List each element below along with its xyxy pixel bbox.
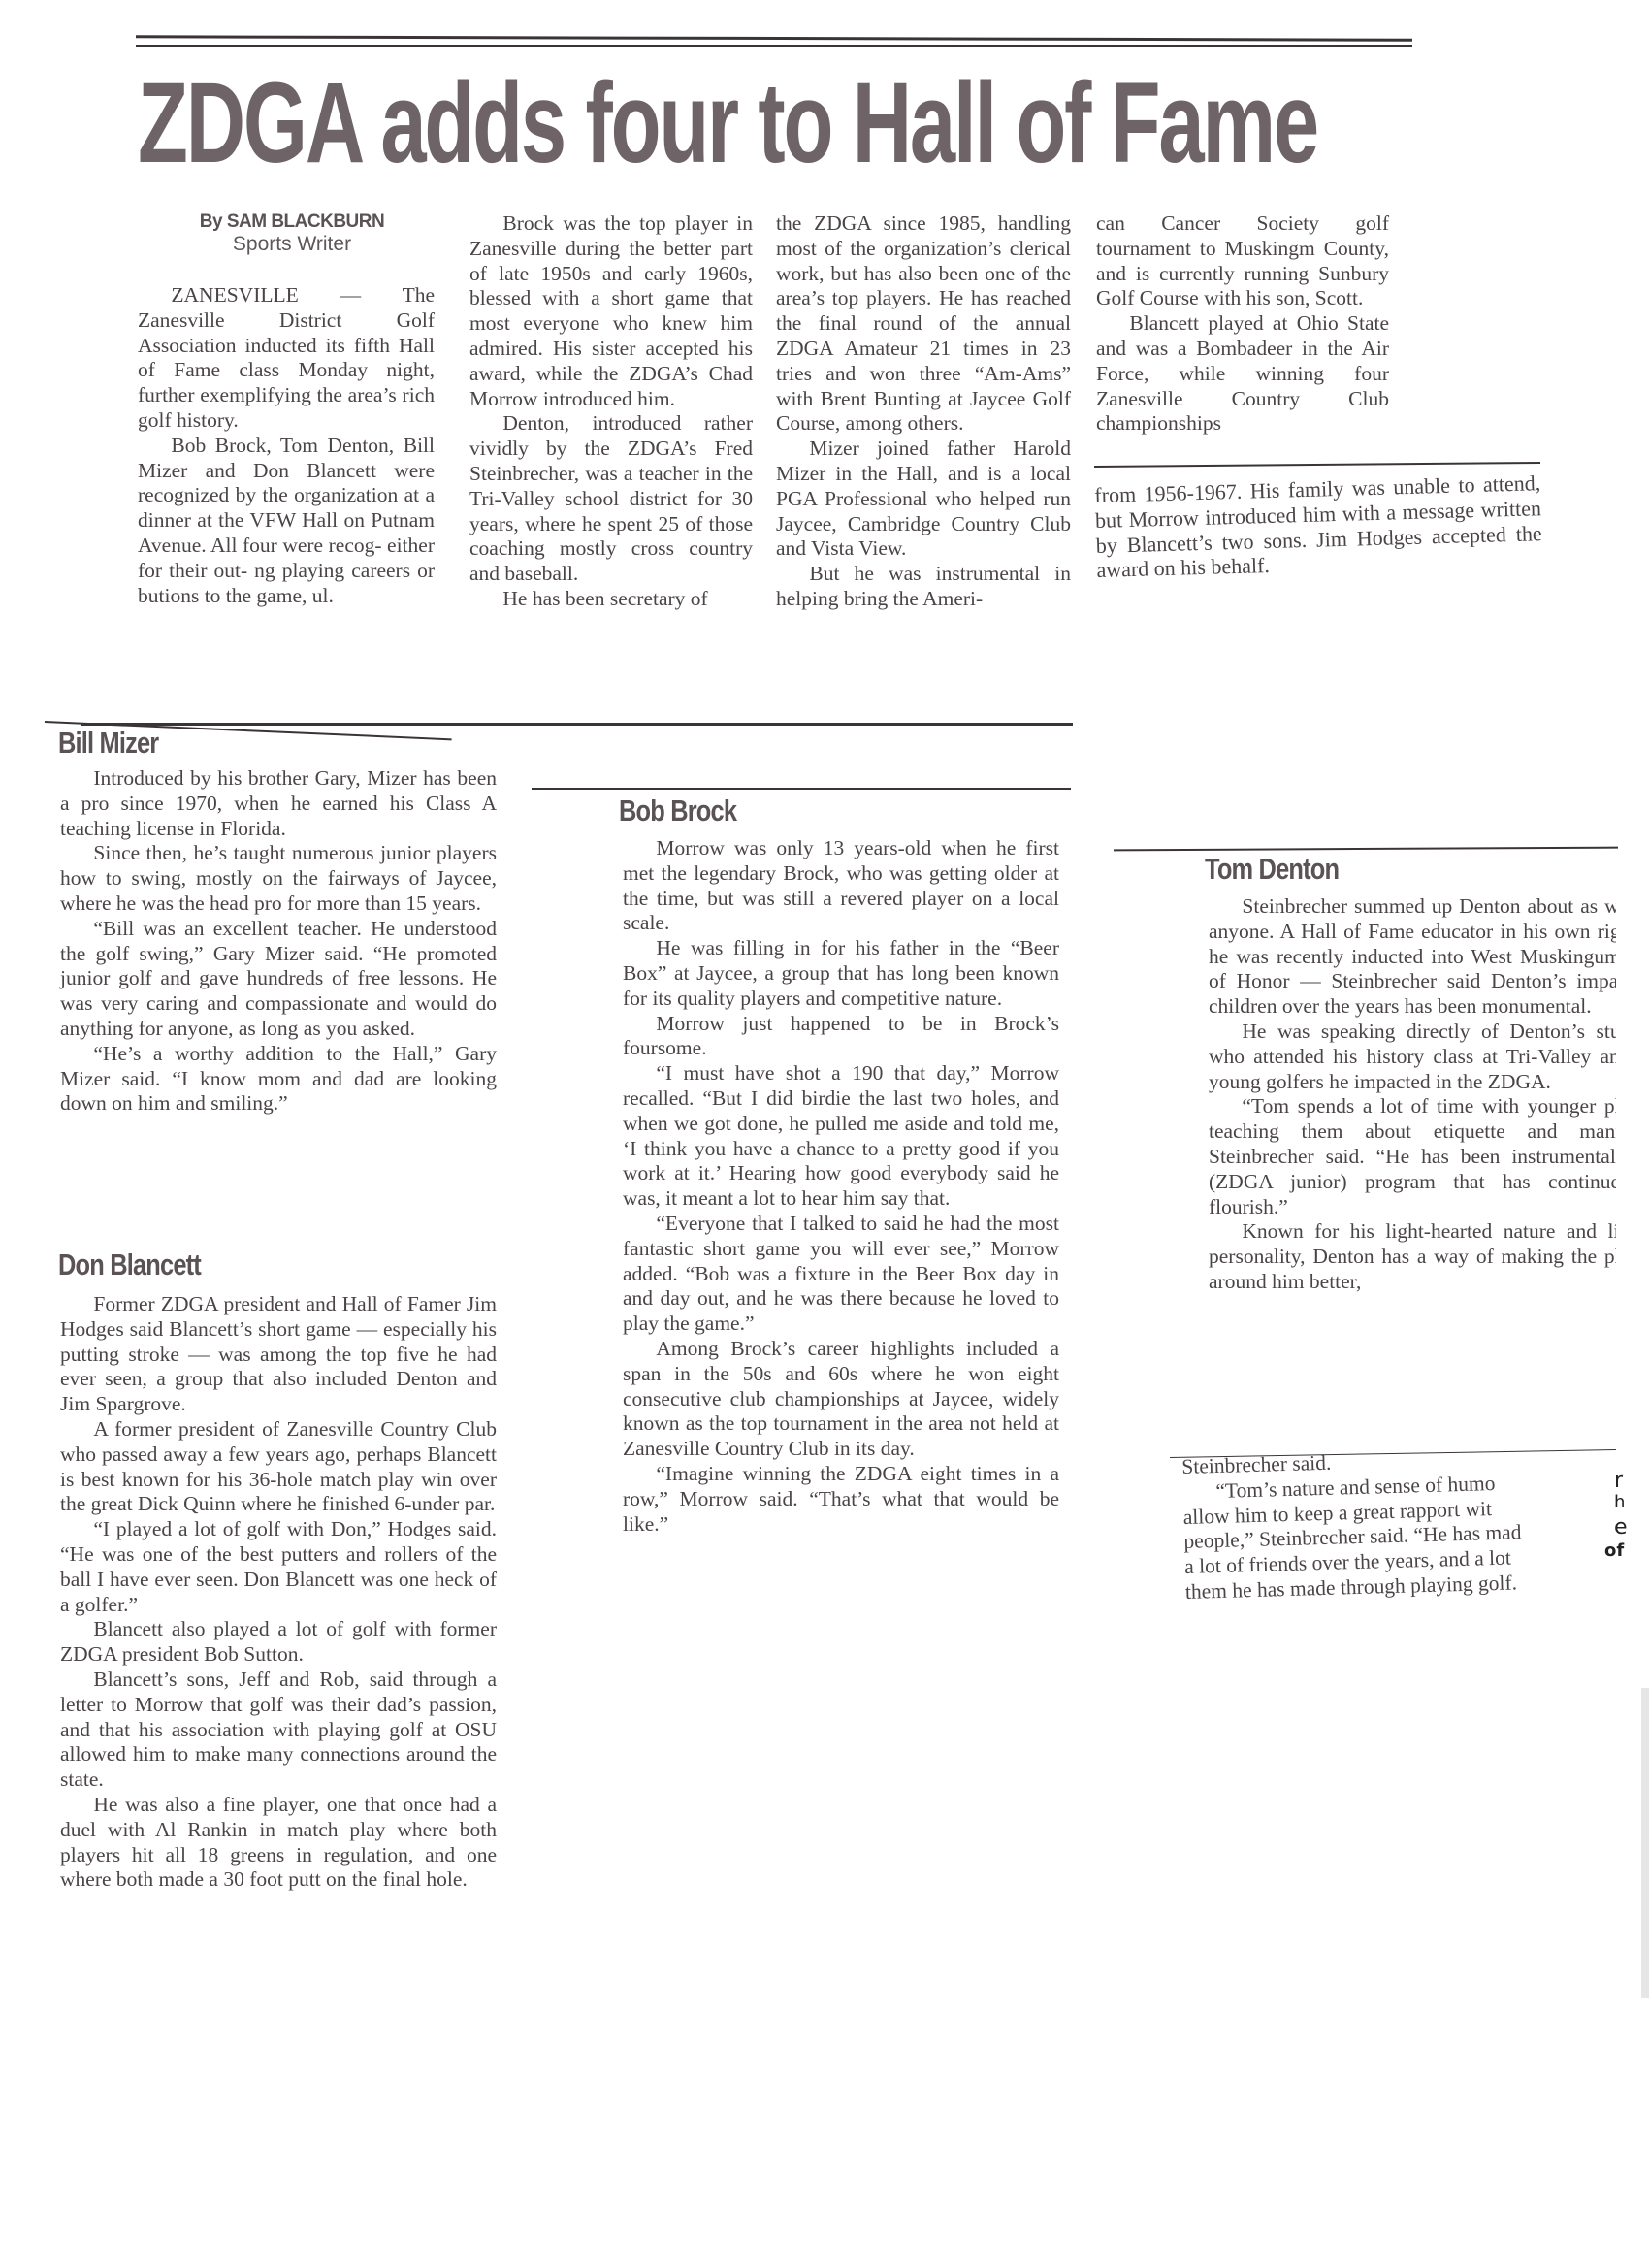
paragraph: Former ZDGA president and Hall of Famer …	[60, 1292, 497, 1417]
paragraph: A former president of Zanesville Country…	[60, 1417, 497, 1517]
paragraph: Among Brock’s career highlights included…	[623, 1337, 1059, 1462]
section-tom-denton-continued: Steinbrecher said. “Tom’s nature and sen…	[1181, 1443, 1593, 1604]
intro-column-2: Brock was the top player in Zanesville d…	[469, 211, 753, 612]
paragraph: Bob Brock, Tom Denton, Bill Mizer and Do…	[138, 434, 435, 609]
author-name: By SAM BLACKBURN	[180, 211, 404, 233]
paragraph: Introduced by his brother Gary, Mizer ha…	[60, 766, 497, 841]
section-bill-mizer: Introduced by his brother Gary, Mizer ha…	[60, 766, 497, 1117]
author-role: Sports Writer	[180, 233, 404, 256]
paragraph: He was filling in for his father in the …	[623, 936, 1059, 1011]
intro-column-3: the ZDGA since 1985, handling most of th…	[776, 211, 1071, 612]
section-title-don-blancett: Don Blancett	[58, 1247, 201, 1282]
handwritten-mark: h	[1614, 1492, 1625, 1512]
paragraph: Since then, he’s taught numerous junior …	[60, 841, 497, 916]
paragraph: Brock was the top player in Zanesville d…	[469, 211, 753, 411]
paragraph: But he was instrumental in helping bring…	[776, 562, 1071, 612]
paragraph: “Tom spends a lot of time with younger p…	[1209, 1094, 1616, 1219]
paragraph: He was speaking directly of Denton’s stu…	[1209, 1020, 1616, 1094]
paragraph: “Everyone that I talked to said he had t…	[623, 1212, 1059, 1337]
paragraph: Steinbrecher summed up Denton about as w…	[1209, 894, 1616, 1020]
section-title-bob-brock: Bob Brock	[619, 794, 736, 828]
paragraph: Blancett played at Ohio State and was a …	[1096, 311, 1389, 437]
paragraph: He was also a fine player, one that once…	[60, 1793, 497, 1893]
paragraph: can Cancer Society golf tournament to Mu…	[1096, 211, 1389, 311]
paragraph: Blancett’s sons, Jeff and Rob, said thro…	[60, 1668, 497, 1793]
paragraph: Morrow just happened to be in Brock’s fo…	[623, 1012, 1059, 1062]
headline: ZDGA adds four to Hall of Fame	[138, 60, 1059, 186]
paragraph: Mizer joined father Harold Mizer in the …	[776, 437, 1071, 562]
intro-column-4: can Cancer Society golf tournament to Mu…	[1096, 211, 1389, 437]
paragraph: “He’s a worthy addition to the Hall,” Ga…	[60, 1042, 497, 1117]
tom-denton-rule	[1114, 847, 1618, 852]
intro-column-1: ZANESVILLE — The Zanesville District Gol…	[138, 283, 435, 608]
paragraph: ZANESVILLE — The Zanesville District Gol…	[138, 283, 435, 434]
paragraph: “Imagine winning the ZDGA eight times in…	[623, 1462, 1059, 1537]
section-divider	[81, 723, 1073, 726]
top-rule	[136, 35, 1412, 41]
section-bob-brock: Morrow was only 13 years-old when he fir…	[623, 836, 1059, 1537]
bob-brock-rule	[532, 788, 1071, 790]
section-don-blancett: Former ZDGA president and Hall of Famer …	[60, 1292, 497, 2051]
column-4-rule	[1094, 462, 1540, 468]
paragraph: Morrow was only 13 years-old when he fir…	[623, 836, 1059, 936]
paragraph: Denton, introduced rather vividly by the…	[469, 411, 753, 587]
top-rule-2	[136, 45, 1412, 47]
intro-column-4-continued: from 1956-1967. His family was unable to…	[1094, 470, 1543, 583]
paragraph: Blancett also played a lot of golf with …	[60, 1617, 497, 1668]
section-tom-denton: Steinbrecher summed up Denton about as w…	[1209, 894, 1616, 1449]
paragraph: Known for his light-hearted nature and l…	[1209, 1219, 1616, 1294]
paragraph: “I played a lot of golf with Don,” Hodge…	[60, 1517, 497, 1617]
section-title-bill-mizer: Bill Mizer	[58, 726, 158, 761]
handwritten-mark: e	[1614, 1515, 1628, 1539]
paragraph: the ZDGA since 1985, handling most of th…	[776, 211, 1071, 437]
paragraph: from 1956-1967. His family was unable to…	[1094, 470, 1543, 583]
paragraph: “I must have shot a 190 that day,” Morro…	[623, 1061, 1059, 1212]
byline: By SAM BLACKBURN Sports Writer	[180, 211, 404, 256]
scan-edge	[1641, 1688, 1649, 1998]
section-title-tom-denton: Tom Denton	[1205, 852, 1339, 887]
paragraph: He has been secretary of	[469, 587, 753, 612]
handwritten-mark: of	[1604, 1540, 1624, 1561]
handwritten-mark: r	[1614, 1469, 1623, 1493]
paragraph: “Bill was an excellent teacher. He under…	[60, 917, 497, 1042]
